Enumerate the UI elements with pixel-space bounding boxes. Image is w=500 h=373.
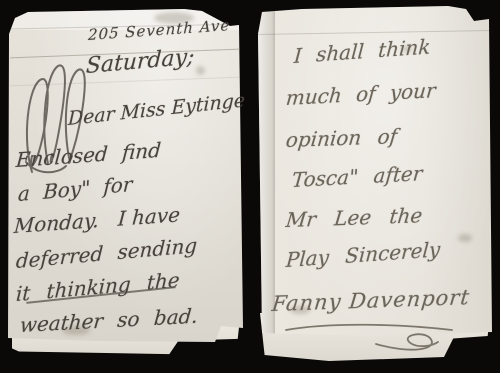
- fold-crease-line: [252, 30, 494, 35]
- paper-stain: [458, 234, 472, 242]
- letter-page-left: 205 Seventh Ave Saturday; Dear Miss Eyti…: [6, 8, 244, 360]
- paper-stain: [196, 66, 205, 75]
- handwriting-line: Mr Lee the: [285, 203, 424, 232]
- signature-flourish-icon: [280, 322, 465, 356]
- handwriting-line: opinion of: [285, 124, 399, 152]
- fold-crease-left: [258, 10, 275, 336]
- letter-photograph: 205 Seventh Ave Saturday; Dear Miss Eyti…: [0, 0, 500, 373]
- monogram-scribble-icon: [18, 44, 113, 179]
- letter-page-right: I shall think much of your opinion of To…: [252, 6, 494, 364]
